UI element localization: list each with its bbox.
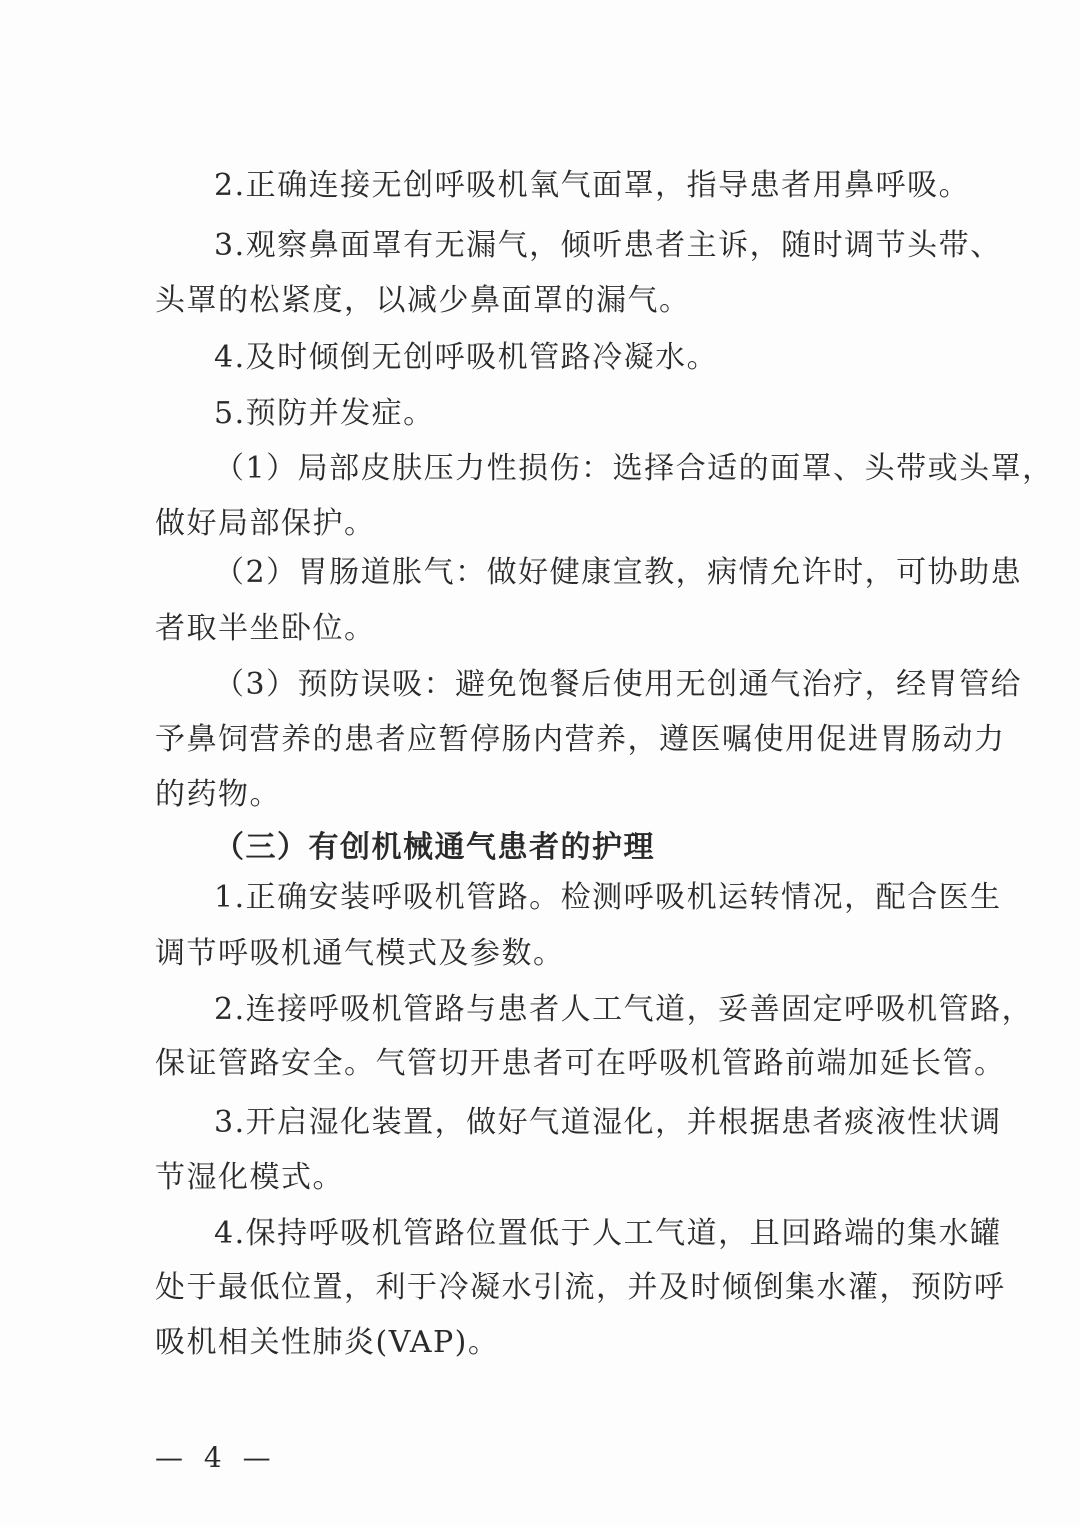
paragraph-line: 3.开启湿化装置，做好气道湿化，并根据患者痰液性状调	[214, 1105, 1014, 1141]
paragraph-line: 做好局部保护。	[155, 506, 955, 542]
paragraph-line: 4.保持呼吸机管路位置低于人工气道，且回路端的集水罐	[214, 1216, 1014, 1252]
page-number: — 4 —	[155, 1442, 277, 1474]
paragraph-line: 吸机相关性肺炎(VAP)。	[155, 1325, 955, 1361]
paragraph-line: （1）局部皮肤压力性损伤：选择合适的面罩、头带或头罩，	[214, 451, 1014, 487]
paragraph-line: 1.正确安装呼吸机管路。检测呼吸机运转情况，配合医生	[214, 880, 1014, 916]
section-heading: （三）有创机械通气患者的护理	[214, 830, 1014, 866]
paragraph-line: （3）预防误吸：避免饱餐后使用无创通气治疗，经胃管给	[214, 667, 1014, 703]
paragraph-line: 2.连接呼吸机管路与患者人工气道，妥善固定呼吸机管路，	[214, 992, 1014, 1028]
paragraph-line: 节湿化模式。	[155, 1160, 955, 1196]
paragraph-line: （2）胃肠道胀气：做好健康宣教，病情允许时，可协助患	[214, 555, 1014, 591]
paragraph-line: 3.观察鼻面罩有无漏气，倾听患者主诉，随时调节头带、	[214, 228, 1014, 264]
paragraph-line: 4.及时倾倒无创呼吸机管路冷凝水。	[214, 340, 1014, 376]
paragraph-line: 处于最低位置，利于冷凝水引流，并及时倾倒集水灌，预防呼	[155, 1270, 955, 1306]
paragraph-line: 保证管路安全。气管切开患者可在呼吸机管路前端加延长管。	[155, 1046, 955, 1082]
paragraph-line: 者取半坐卧位。	[155, 611, 955, 647]
paragraph-line: 予鼻饲营养的患者应暂停肠内营养，遵医嘱使用促进胃肠动力	[155, 722, 955, 758]
document-page: 2.正确连接无创呼吸机氧气面罩，指导患者用鼻呼吸。 3.观察鼻面罩有无漏气，倾听…	[0, 0, 1080, 1527]
paragraph-line: 5.预防并发症。	[214, 396, 1014, 432]
paragraph-line: 的药物。	[155, 777, 955, 813]
paragraph-line: 调节呼吸机通气模式及参数。	[155, 936, 955, 972]
paragraph-line: 2.正确连接无创呼吸机氧气面罩，指导患者用鼻呼吸。	[214, 168, 1014, 204]
paragraph-line: 头罩的松紧度，以减少鼻面罩的漏气。	[155, 283, 955, 319]
